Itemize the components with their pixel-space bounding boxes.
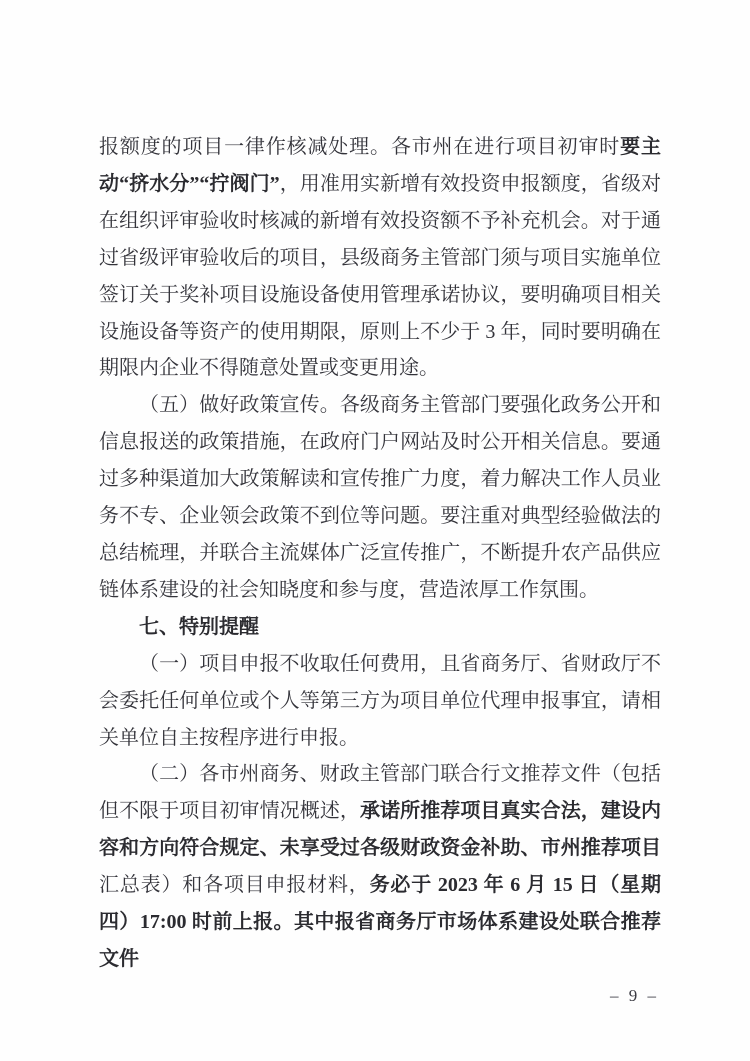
para-item-5: （五）做好政策宣传。各级商务主管部门要强化政务公开和信息报送的政策措施，在政府门… [99, 387, 661, 608]
para-item-1: （一）项目申报不收取任何费用，且省商务厅、省财政厅不会委托任何单位或个人等第三方… [99, 646, 661, 757]
text-segment: 报额度的项目一律作核减处理。各市州在进行项目初审时 [99, 136, 620, 158]
document-page: 报额度的项目一律作核减处理。各市州在进行项目初审时要主动“挤水分”“拧阀门”，用… [0, 0, 750, 1061]
heading-section-7: 七、特别提醒 [99, 609, 661, 646]
text-segment: （一）项目申报不收取任何费用，且省商务厅、省财政厅不会委托任何单位或个人等第三方… [99, 653, 661, 749]
text-segment: 各级商务主管部门要强化政务公开和信息报送的政策措施，在政府门户网站及时公开相关信… [99, 394, 661, 601]
page-number: – 9 – [610, 986, 659, 1005]
para-continuation: 报额度的项目一律作核减处理。各市州在进行项目初审时要主动“挤水分”“拧阀门”，用… [99, 129, 661, 387]
document-body: 报额度的项目一律作核减处理。各市州在进行项目初审时要主动“挤水分”“拧阀门”，用… [99, 129, 661, 978]
text-segment: 汇总表）和各项目申报材料， [99, 874, 370, 896]
text-segment: （五）做好政策宣传。 [139, 394, 340, 416]
page-footer: – 9 – [610, 986, 659, 1006]
text-segment: 七、特别提醒 [139, 616, 259, 638]
text-segment: ，用准用实新增有效投资申报额度，省级对在组织评审验收时核减的新增有效投资额不予补… [99, 173, 661, 380]
para-item-2: （二）各市州商务、财政主管部门联合行文推荐文件（包括但不限于项目初审情况概述，承… [99, 756, 661, 977]
